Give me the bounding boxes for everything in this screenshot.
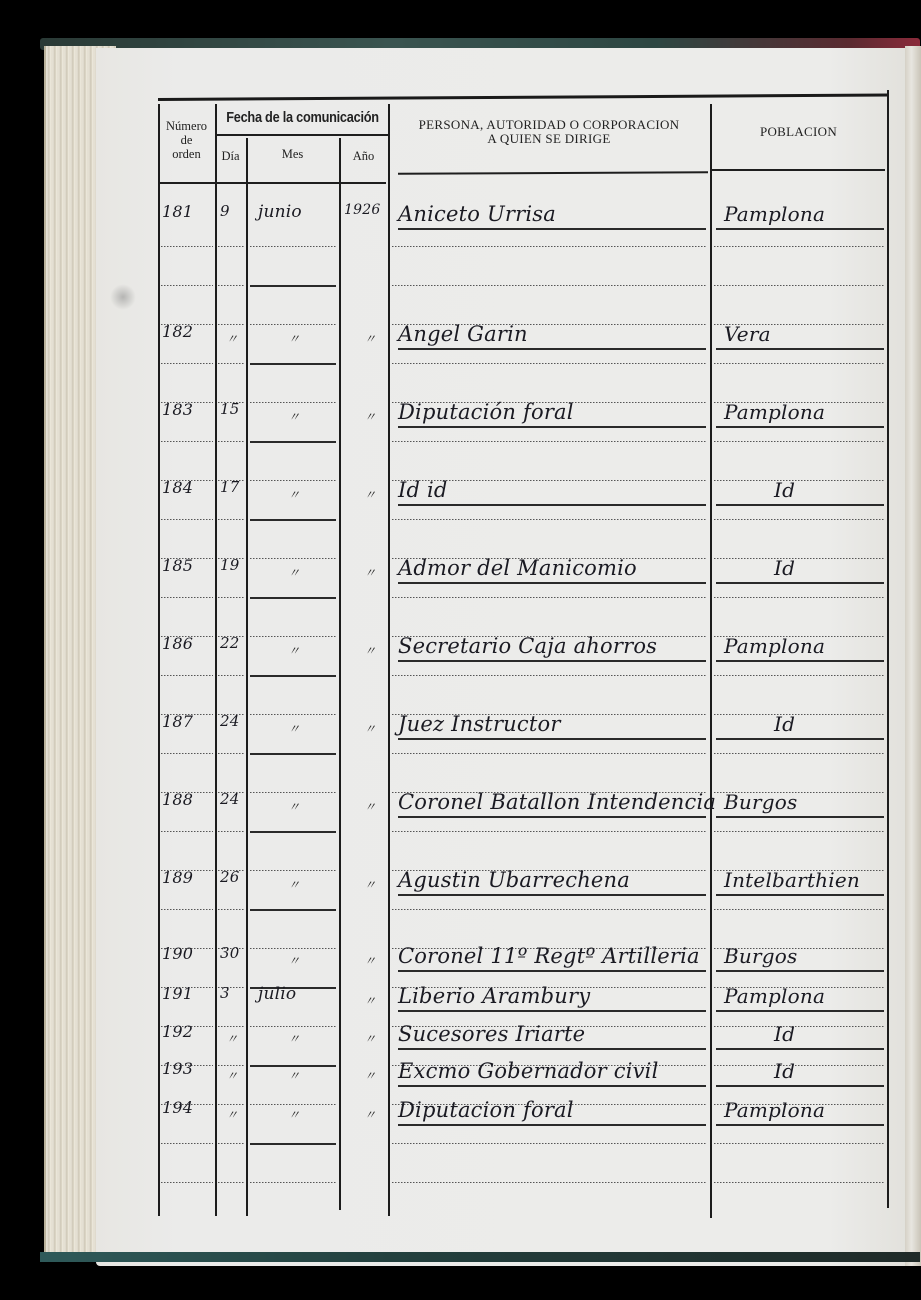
entry-poblacion: Intelbarthien: [724, 868, 860, 892]
row-rule-poblacion: [714, 285, 885, 286]
col-rule-mes: [339, 138, 341, 1210]
book-right-edge: [905, 46, 921, 1266]
book-cover-bottom-edge: [40, 1252, 920, 1262]
entry-dia: 24: [220, 712, 240, 730]
row-rule-poblacion: [714, 558, 885, 559]
row-rule-dia: [218, 519, 244, 520]
row-rule-mes: [250, 558, 336, 559]
row-rule-poblacion: [714, 675, 885, 676]
entry-numero: 181: [162, 202, 193, 221]
row-rule-persona-dots: [392, 441, 707, 442]
row-rule-mes: [250, 402, 336, 403]
row-rule-numero: [161, 831, 213, 832]
entry-numero: 182: [162, 322, 193, 341]
entry-mes: 〃: [288, 876, 300, 893]
entry-dia: 22: [220, 634, 240, 652]
paper-stain: [110, 284, 136, 310]
entry-numero: 194: [162, 1098, 193, 1117]
header-dia: Día: [215, 150, 246, 164]
row-underline-persona: [398, 660, 706, 662]
entry-numero: 189: [162, 868, 193, 887]
header-numero-line2: de: [158, 134, 215, 148]
row-underline-persona: [398, 1124, 706, 1126]
entry-mes: 〃: [288, 720, 300, 737]
entry-dia: 〃: [226, 1030, 238, 1047]
entry-anio: 〃: [364, 486, 376, 503]
row-rule-mes: [250, 363, 336, 365]
entry-numero: 191: [162, 984, 193, 1003]
row-rule-dia: [218, 1065, 244, 1066]
row-rule-dia: [218, 285, 244, 286]
col-rule-anio: [388, 104, 390, 1216]
row-rule-dia: [218, 324, 244, 325]
row-rule-numero: [161, 753, 213, 754]
entry-poblacion: Pamplona: [724, 634, 825, 658]
row-underline-persona: [398, 426, 706, 428]
header-fecha-rule: [215, 134, 388, 136]
entry-persona: Juez Instructor: [398, 712, 561, 736]
entry-dia: 26: [220, 868, 240, 886]
entry-poblacion: Id: [774, 478, 795, 502]
entry-poblacion: Id: [774, 1022, 795, 1046]
entry-dia: 17: [220, 478, 240, 496]
row-rule-mes: [250, 597, 336, 599]
entry-anio: 〃: [364, 564, 376, 581]
entry-poblacion: Vera: [724, 322, 771, 346]
row-rule-numero: [161, 1182, 213, 1183]
row-rule-mes: [250, 1104, 336, 1105]
row-rule-poblacion: [714, 519, 885, 520]
entry-numero: 188: [162, 790, 193, 809]
entry-persona: Coronel Batallon Intendencia: [398, 790, 716, 814]
entry-poblacion: Id: [774, 1059, 795, 1083]
row-rule-mes: [250, 441, 336, 443]
row-rule-poblacion: [714, 909, 885, 910]
header-numero: Número de orden: [158, 120, 215, 161]
entry-poblacion: Pamplona: [724, 984, 825, 1008]
entry-dia: 〃: [226, 1106, 238, 1123]
header-fecha-group: Fecha de la comunicación: [224, 110, 381, 127]
col-rule-right: [887, 90, 889, 1208]
entry-numero: 184: [162, 478, 193, 497]
ledger-table: Número de orden Fecha de la comunicación…: [158, 98, 889, 1216]
row-rule-numero: [161, 519, 213, 520]
row-underline-persona: [398, 816, 706, 818]
row-rule-poblacion: [714, 1182, 885, 1183]
row-rule-poblacion: [714, 441, 885, 442]
row-rule-mes: [250, 831, 336, 833]
row-rule-mes: [250, 246, 336, 247]
row-rule-poblacion: [714, 480, 885, 481]
row-rule-persona-dots: [392, 1143, 707, 1144]
entry-dia: 〃: [226, 1067, 238, 1084]
header-numero-line3: orden: [158, 148, 215, 162]
row-rule-mes: [250, 792, 336, 793]
row-rule-numero: [161, 597, 213, 598]
entry-numero: 186: [162, 634, 193, 653]
entry-dia: 〃: [226, 330, 238, 347]
entry-mes: 〃: [288, 1106, 300, 1123]
entry-dia: 15: [220, 400, 240, 418]
entry-anio: 〃: [364, 952, 376, 969]
row-underline-persona: [398, 504, 706, 506]
col-rule-left: [158, 104, 160, 1216]
entry-numero: 193: [162, 1059, 193, 1078]
header-mes: Mes: [246, 148, 339, 162]
row-rule-mes: [250, 636, 336, 637]
entry-poblacion: Burgos: [724, 944, 797, 968]
row-underline-poblacion: [716, 816, 884, 818]
entry-persona: Aniceto Urrisa: [398, 202, 556, 226]
entry-poblacion: Id: [774, 712, 795, 736]
row-rule-dia: [218, 597, 244, 598]
row-rule-mes: [250, 948, 336, 949]
row-underline-persona: [398, 1010, 706, 1012]
entry-dia: 3: [220, 984, 230, 1002]
entry-anio: 〃: [364, 330, 376, 347]
entry-persona: Diputacion foral: [398, 1098, 574, 1122]
entry-persona: Liberio Arambury: [398, 984, 590, 1008]
row-underline-poblacion: [716, 426, 884, 428]
entry-poblacion: Pamplona: [724, 400, 825, 424]
row-rule-poblacion: [714, 1143, 885, 1144]
entry-dia: 19: [220, 556, 240, 574]
row-rule-dia: [218, 753, 244, 754]
entry-mes: 〃: [288, 564, 300, 581]
entry-mes: 〃: [288, 798, 300, 815]
entry-numero: 185: [162, 556, 193, 575]
header-poblacion: POBLACION: [710, 125, 887, 139]
header-persona: PERSONA, AUTORIDAD O CORPORACION A QUIEN…: [388, 118, 710, 147]
row-rule-mes: [250, 1143, 336, 1145]
entry-persona: Coronel 11º Regtº Artilleria: [398, 944, 700, 968]
header-bottom-rule-persona: [398, 171, 708, 175]
row-rule-dia: [218, 909, 244, 910]
header-bottom-rule-left: [160, 182, 386, 184]
row-underline-poblacion: [716, 1124, 884, 1126]
row-rule-dia: [218, 675, 244, 676]
entry-mes: 〃: [288, 952, 300, 969]
row-rule-mes: [250, 753, 336, 755]
row-rule-numero: [161, 675, 213, 676]
row-underline-poblacion: [716, 228, 884, 230]
entry-mes: 〃: [288, 408, 300, 425]
entry-numero: 187: [162, 712, 193, 731]
entry-dia: 9: [220, 202, 230, 220]
row-rule-poblacion: [714, 1026, 885, 1027]
entry-numero: 192: [162, 1022, 193, 1041]
header-numero-line1: Número: [158, 120, 215, 134]
entry-mes: julio: [258, 984, 296, 1004]
row-rule-mes: [250, 324, 336, 325]
row-rule-dia: [218, 1026, 244, 1027]
entry-mes: 〃: [288, 330, 300, 347]
row-underline-poblacion: [716, 582, 884, 584]
row-rule-mes: [250, 870, 336, 871]
row-rule-persona-dots: [392, 519, 707, 520]
row-rule-mes: [250, 675, 336, 677]
row-rule-poblacion: [714, 363, 885, 364]
row-rule-persona-dots: [392, 675, 707, 676]
row-rule-poblacion: [714, 597, 885, 598]
row-underline-persona: [398, 582, 706, 584]
row-underline-poblacion: [716, 894, 884, 896]
entry-persona: Agustin Ubarrechena: [398, 868, 630, 892]
row-rule-numero: [161, 909, 213, 910]
row-rule-mes: [250, 285, 336, 287]
row-underline-poblacion: [716, 1048, 884, 1050]
entry-persona: Secretario Caja ahorros: [398, 634, 657, 658]
row-rule-mes: [250, 909, 336, 911]
header-bottom-rule-poblacion: [712, 169, 885, 171]
col-rule-persona: [710, 104, 712, 1218]
entry-anio: 〃: [364, 1067, 376, 1084]
entry-anio: 〃: [364, 1030, 376, 1047]
row-underline-poblacion: [716, 970, 884, 972]
row-underline-persona: [398, 348, 706, 350]
entry-mes: 〃: [288, 1030, 300, 1047]
entry-anio: 1926: [344, 202, 380, 218]
row-rule-dia: [218, 1143, 244, 1144]
row-rule-mes: [250, 714, 336, 715]
row-underline-poblacion: [716, 504, 884, 506]
row-underline-poblacion: [716, 660, 884, 662]
row-rule-poblacion: [714, 1065, 885, 1066]
row-rule-persona-dots: [392, 753, 707, 754]
col-rule-numero: [215, 104, 217, 1216]
row-rule-persona-dots: [392, 363, 707, 364]
entry-anio: 〃: [364, 408, 376, 425]
row-underline-poblacion: [716, 1085, 884, 1087]
entry-dia: 30: [220, 944, 240, 962]
row-underline-poblacion: [716, 1010, 884, 1012]
row-underline-persona: [398, 894, 706, 896]
row-rule-mes: [250, 519, 336, 521]
row-underline-persona: [398, 1048, 706, 1050]
row-rule-poblacion: [714, 714, 885, 715]
row-rule-dia: [218, 1182, 244, 1183]
row-rule-mes: [250, 1182, 336, 1183]
row-underline-persona: [398, 228, 706, 230]
row-rule-poblacion: [714, 831, 885, 832]
row-rule-dia: [218, 363, 244, 364]
col-rule-dia: [246, 138, 248, 1216]
row-underline-persona: [398, 738, 706, 740]
row-underline-poblacion: [716, 738, 884, 740]
header-persona-line2: A QUIEN SE DIRIGE: [388, 132, 710, 146]
row-rule-numero: [161, 1143, 213, 1144]
entry-poblacion: Pamplona: [724, 202, 825, 226]
entry-persona: Angel Garin: [398, 322, 528, 346]
row-rule-persona-dots: [392, 285, 707, 286]
row-rule-mes: [250, 1026, 336, 1027]
row-rule-dia: [218, 441, 244, 442]
row-rule-dia: [218, 246, 244, 247]
entry-mes: 〃: [288, 486, 300, 503]
entry-numero: 183: [162, 400, 193, 419]
entry-poblacion: Burgos: [724, 790, 797, 814]
entry-persona: Id id: [398, 478, 448, 502]
entry-persona: Excmo Gobernador civil: [398, 1059, 659, 1083]
row-underline-persona: [398, 1085, 706, 1087]
entry-numero: 190: [162, 944, 193, 963]
entry-anio: 〃: [364, 720, 376, 737]
row-rule-poblacion: [714, 246, 885, 247]
row-rule-mes: [250, 480, 336, 481]
entry-poblacion: Id: [774, 556, 795, 580]
entry-persona: Admor del Manicomio: [398, 556, 637, 580]
entry-mes: 〃: [288, 1067, 300, 1084]
row-rule-dia: [218, 1104, 244, 1105]
header-persona-line1: PERSONA, AUTORIDAD O CORPORACION: [388, 118, 710, 132]
row-rule-persona-dots: [392, 909, 707, 910]
entry-persona: Sucesores Iriarte: [398, 1022, 585, 1046]
row-rule-dia: [218, 831, 244, 832]
row-rule-numero: [161, 285, 213, 286]
entry-persona: Diputación foral: [398, 400, 574, 424]
entry-anio: 〃: [364, 798, 376, 815]
header-anio: Año: [339, 150, 388, 164]
entry-anio: 〃: [364, 992, 376, 1009]
row-rule-persona-dots: [392, 246, 707, 247]
row-rule-persona-dots: [392, 597, 707, 598]
row-underline-persona: [398, 970, 706, 972]
entry-mes: 〃: [288, 642, 300, 659]
entry-anio: 〃: [364, 642, 376, 659]
entry-dia: 24: [220, 790, 240, 808]
row-rule-persona-dots: [392, 831, 707, 832]
row-rule-persona-dots: [392, 1182, 707, 1183]
entry-anio: 〃: [364, 1106, 376, 1123]
row-rule-numero: [161, 441, 213, 442]
entry-anio: 〃: [364, 876, 376, 893]
entry-mes: junio: [258, 202, 302, 222]
row-rule-poblacion: [714, 753, 885, 754]
entry-poblacion: Pamplona: [724, 1098, 825, 1122]
row-rule-numero: [161, 246, 213, 247]
row-rule-numero: [161, 363, 213, 364]
row-underline-poblacion: [716, 348, 884, 350]
